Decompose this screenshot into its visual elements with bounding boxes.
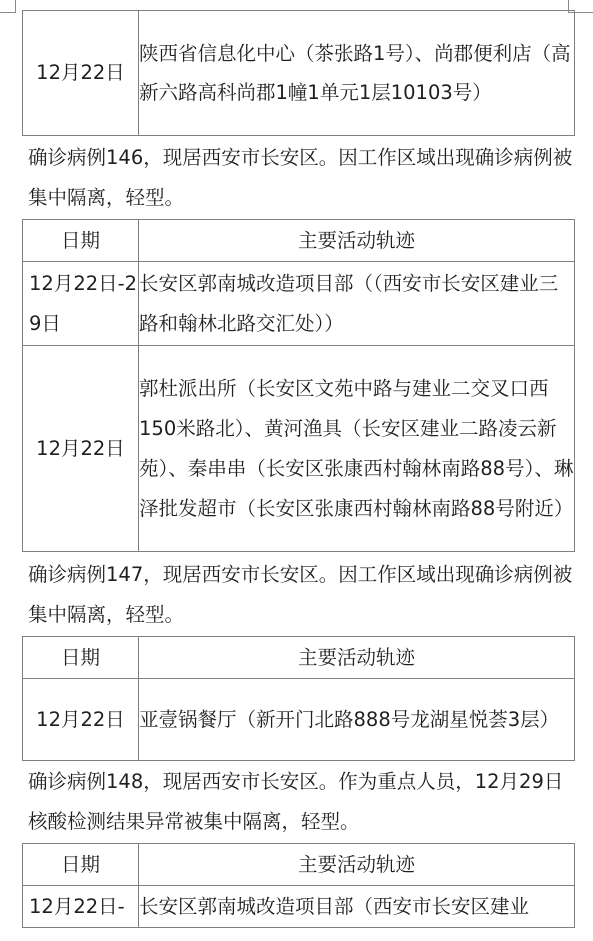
trajectory-table-case-145: 12月22日 陕西省信息化中心（茶张路1号）、尚郡便利店（高新六路高科尚郡1幢1… xyxy=(22,10,575,136)
table-header-row: 日期 主要活动轨迹 xyxy=(23,637,575,679)
header-date: 日期 xyxy=(23,844,139,886)
header-date: 日期 xyxy=(23,637,139,679)
table-row: 12月22日- 长安区郭南城改造项目部（西安市长安区建业 xyxy=(23,886,575,928)
prev-table-border-left xyxy=(0,12,16,13)
table-row: 12月22日-29日 长安区郭南城改造项目部（（西安市长安区建业三路和翰林北路交… xyxy=(23,262,575,346)
date-cell: 12月22日-29日 xyxy=(23,262,139,346)
table-header-row: 日期 主要活动轨迹 xyxy=(23,844,575,886)
case-146-description: 确诊病例146，现居西安市长安区。因工作区域出现确诊病例被集中隔离，轻型。 xyxy=(28,138,578,218)
table-row: 12月22日 郭杜派出所（长安区文苑中路与建业二交叉口西150米路北）、黄河渔具… xyxy=(23,346,575,552)
trajectory-table-case-146: 日期 主要活动轨迹 12月22日-29日 长安区郭南城改造项目部（（西安市长安区… xyxy=(22,219,575,552)
activity-cell: 长安区郭南城改造项目部（（西安市长安区建业三路和翰林北路交汇处）） xyxy=(139,262,575,346)
table-row: 12月22日 亚壹锅餐厅（新开门北路888号龙湖星悦荟3层） xyxy=(23,679,575,761)
date-cell: 12月22日- xyxy=(23,886,139,928)
date-cell: 12月22日 xyxy=(23,11,139,136)
activity-cell: 亚壹锅餐厅（新开门北路888号龙湖星悦荟3层） xyxy=(139,679,575,761)
prev-table-border-left-v xyxy=(15,0,16,13)
date-cell: 12月22日 xyxy=(23,679,139,761)
header-date: 日期 xyxy=(23,220,139,262)
trajectory-table-case-148: 日期 主要活动轨迹 12月22日- 长安区郭南城改造项目部（西安市长安区建业 xyxy=(22,843,575,928)
date-cell: 12月22日 xyxy=(23,346,139,552)
header-activity: 主要活动轨迹 xyxy=(139,844,575,886)
case-147-description: 确诊病例147，现居西安市长安区。因工作区域出现确诊病例被集中隔离，轻型。 xyxy=(28,555,578,635)
activity-cell: 陕西省信息化中心（茶张路1号）、尚郡便利店（高新六路高科尚郡1幢1单元1层101… xyxy=(139,11,575,136)
activity-cell: 郭杜派出所（长安区文苑中路与建业二交叉口西150米路北）、黄河渔具（长安区建业二… xyxy=(139,346,575,552)
activity-cell: 长安区郭南城改造项目部（西安市长安区建业 xyxy=(139,886,575,928)
table-header-row: 日期 主要活动轨迹 xyxy=(23,220,575,262)
header-activity: 主要活动轨迹 xyxy=(139,220,575,262)
header-activity: 主要活动轨迹 xyxy=(139,637,575,679)
trajectory-table-case-147: 日期 主要活动轨迹 12月22日 亚壹锅餐厅（新开门北路888号龙湖星悦荟3层） xyxy=(22,636,575,761)
table-row: 12月22日 陕西省信息化中心（茶张路1号）、尚郡便利店（高新六路高科尚郡1幢1… xyxy=(23,11,575,136)
case-148-description: 确诊病例148，现居西安市长安区。作为重点人员，12月29日核酸检测结果异常被集… xyxy=(28,762,578,842)
